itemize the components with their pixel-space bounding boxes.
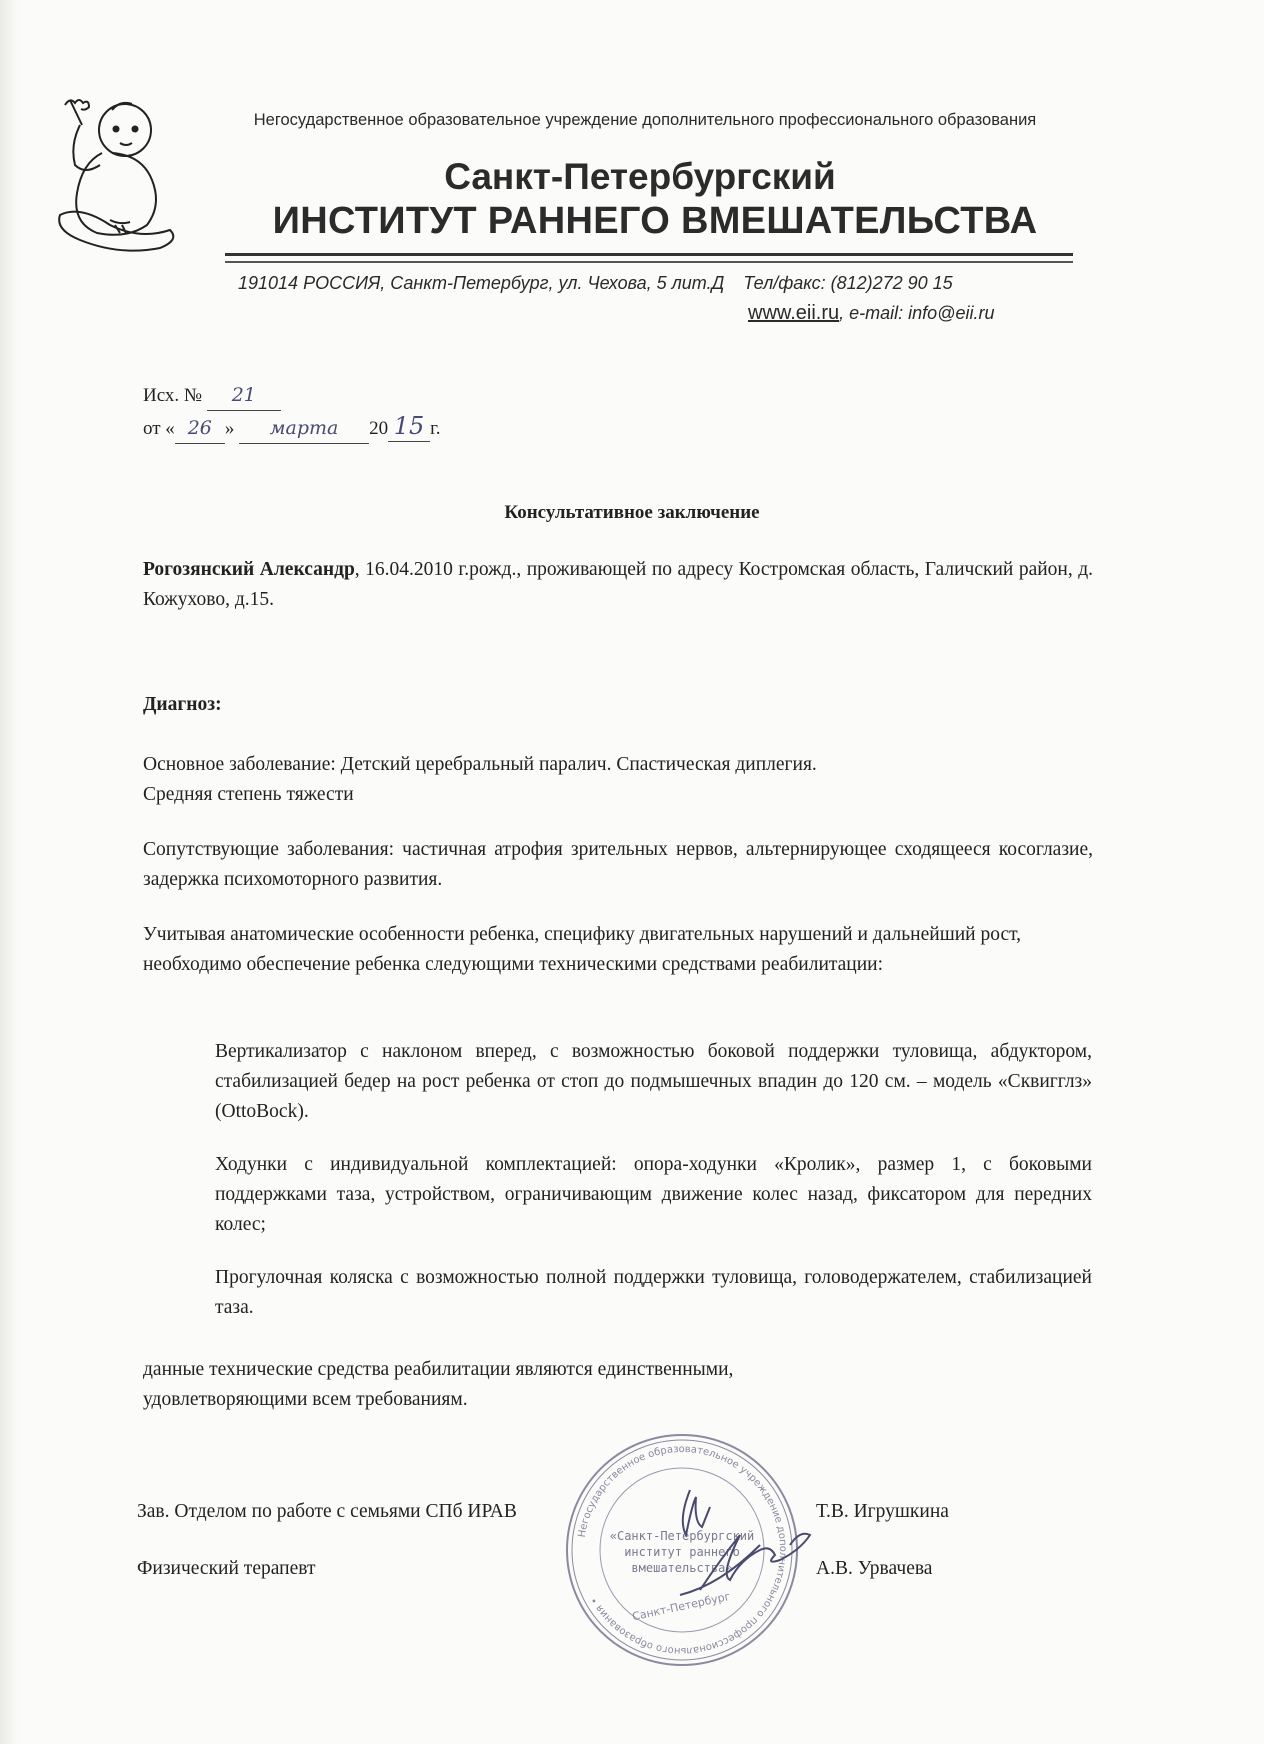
diagnosis-heading: Диагноз: bbox=[143, 690, 222, 720]
rehab-item-walker: Ходунки с индивидуальной комплектацией: … bbox=[215, 1150, 1092, 1240]
ref-number-line: Исх. № 21 bbox=[143, 380, 440, 411]
main-disease-severity: Средняя степень тяжести bbox=[143, 780, 1093, 810]
date-prefix: от « bbox=[143, 418, 175, 439]
sitting-baby-logo-icon bbox=[40, 85, 180, 255]
date-year-label: г. bbox=[430, 418, 440, 439]
conclusion-line2: удовлетворяющими всем требованиям. bbox=[143, 1385, 1093, 1415]
website-link[interactable]: www.eii.ru bbox=[748, 302, 839, 324]
outgoing-reference: Исх. № 21 от «26» марта2015г. bbox=[143, 380, 440, 444]
signatory-role-head: Зав. Отделом по работе с семьями СПб ИРА… bbox=[137, 1501, 517, 1523]
org-contacts: www.eii.ru, e-mail: info@eii.ru bbox=[748, 302, 994, 325]
org-title-line2: ИНСТИТУТ РАННЕГО ВМЕШАТЕЛЬСТВА bbox=[225, 200, 1085, 243]
scan-edge bbox=[0, 0, 18, 1744]
org-phone: Тел/факс: (812)272 90 15 bbox=[743, 273, 952, 293]
rehab-intro: Учитывая анатомические особенности ребен… bbox=[143, 920, 1093, 980]
signatory-role-therapist: Физический терапевт bbox=[137, 1558, 315, 1580]
main-disease-text: Основное заболевание: Детский церебральн… bbox=[143, 750, 1093, 780]
org-type: Негосударственное образовательное учрежд… bbox=[240, 110, 1050, 131]
ref-date-line: от «26» марта2015г. bbox=[143, 411, 440, 444]
conclusion-line1: данные технические средства реабилитации… bbox=[143, 1355, 1093, 1385]
header-rule-thin bbox=[225, 261, 1073, 263]
date-year-prefix: 20 bbox=[369, 418, 388, 439]
signature-scribbles-icon bbox=[640, 1480, 840, 1610]
date-month-handwritten: марта bbox=[239, 413, 369, 444]
conclusion: данные технические средства реабилитации… bbox=[143, 1355, 1093, 1415]
signatory-name-therapist: А.В. Урвачева bbox=[816, 1558, 932, 1580]
ref-number-handwritten: 21 bbox=[207, 380, 281, 411]
comorbidities: Сопутствующие заболевания: частичная атр… bbox=[143, 835, 1093, 895]
date-day-handwritten: 26 bbox=[175, 413, 225, 444]
ref-number-label: Исх. № bbox=[143, 385, 202, 406]
rehab-item-stander: Вертикализатор с наклоном вперед, с возм… bbox=[215, 1037, 1092, 1127]
patient-info: Рогозянский Александр, 16.04.2010 г.рожд… bbox=[143, 555, 1093, 615]
date-year-handwritten: 15 bbox=[388, 411, 430, 442]
header-rule bbox=[225, 253, 1073, 256]
patient-name: Рогозянский Александр bbox=[143, 559, 355, 580]
date-day-close: » bbox=[225, 418, 235, 439]
rehab-item-stroller: Прогулочная коляска с возможностью полно… bbox=[215, 1263, 1092, 1323]
org-address-line: 191014 РОССИЯ, Санкт-Петербург, ул. Чехо… bbox=[238, 273, 1078, 294]
document-title: Консультативное заключение bbox=[0, 502, 1264, 524]
org-title-line1: Санкт-Петербургский bbox=[230, 156, 1050, 198]
main-disease: Основное заболевание: Детский церебральн… bbox=[143, 750, 1093, 810]
email: , e-mail: info@eii.ru bbox=[839, 303, 994, 323]
org-address: 191014 РОССИЯ, Санкт-Петербург, ул. Чехо… bbox=[238, 273, 724, 293]
signatory-name-head: Т.В. Игрушкина bbox=[816, 1501, 949, 1523]
